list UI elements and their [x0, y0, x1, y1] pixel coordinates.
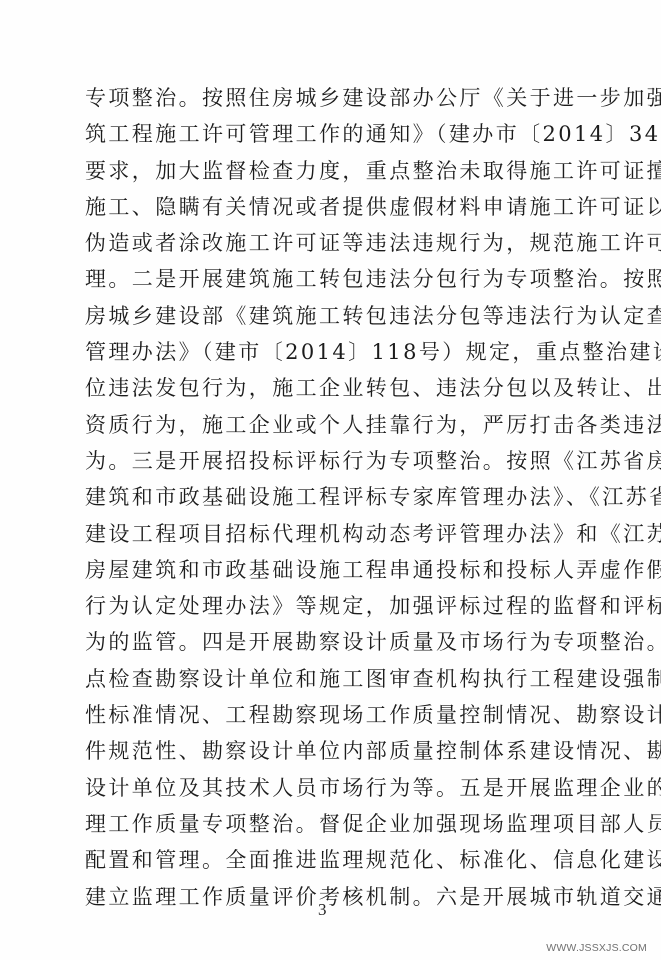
text-line: 建设工程项目招标代理机构动态考评管理办法》和《江苏省 [85, 516, 565, 552]
page-number: 3 [318, 900, 327, 920]
text-line: 设计单位及其技术人员市场行为等。五是开展监理企业的监 [85, 770, 565, 806]
text-line: 伪造或者涂改施工许可证等违法违规行为，规范施工许可管 [85, 225, 565, 261]
text-line: 配置和管理。全面推进监理规范化、标准化、信息化建设， [85, 842, 565, 878]
text-line: 专项整治。按照住房城乡建设部办公厅《关于进一步加强建 [85, 80, 565, 116]
text-line: 行为认定处理办法》等规定，加强评标过程的监督和评标行 [85, 588, 565, 624]
text-line: 资质行为，施工企业或个人挂靠行为，严厉打击各类违法行 [85, 407, 565, 443]
site-watermark: WWW.JSSXJS.COM [546, 942, 647, 954]
text-line: 理工作质量专项整治。督促企业加强现场监理项目部人员的 [85, 806, 565, 842]
text-line: 管理办法》（建市〔2014〕118号）规定，重点整治建设单 [85, 334, 565, 370]
document-page: 专项整治。按照住房城乡建设部办公厅《关于进一步加强建 筑工程施工许可管理工作的通… [0, 0, 661, 960]
text-line: 建筑和市政基础设施工程评标专家库管理办法》、《江苏省 [85, 479, 565, 515]
text-line: 点检查勘察设计单位和施工图审查机构执行工程建设强制 [85, 661, 565, 697]
text-line: 筑工程施工许可管理工作的通知》（建办市〔2014〕34号） [85, 116, 565, 152]
text-line: 房屋建筑和市政基础设施工程串通投标和投标人弄虚作假 [85, 552, 565, 588]
text-line: 为的监管。四是开展勘察设计质量及市场行为专项整治。重 [85, 624, 565, 660]
text-line: 理。二是开展建筑施工转包违法分包行为专项整治。按照住 [85, 261, 565, 297]
text-line: 位违法发包行为，施工企业转包、违法分包以及转让、出借 [85, 370, 565, 406]
text-line: 要求，加大监督检查力度，重点整治未取得施工许可证擅自 [85, 153, 565, 189]
text-line: 房城乡建设部《建筑施工转包违法分包等违法行为认定查处 [85, 298, 565, 334]
text-line: 为。三是开展招投标评标行为专项整治。按照《江苏省房屋 [85, 443, 565, 479]
text-line: 件规范性、勘察设计单位内部质量控制体系建设情况、勘察 [85, 733, 565, 769]
text-line: 施工、隐瞒有关情况或者提供虚假材料申请施工许可证以及 [85, 189, 565, 225]
text-line: 性标准情况、工程勘察现场工作质量控制情况、勘察设计文 [85, 697, 565, 733]
body-text: 专项整治。按照住房城乡建设部办公厅《关于进一步加强建 筑工程施工许可管理工作的通… [85, 80, 565, 915]
